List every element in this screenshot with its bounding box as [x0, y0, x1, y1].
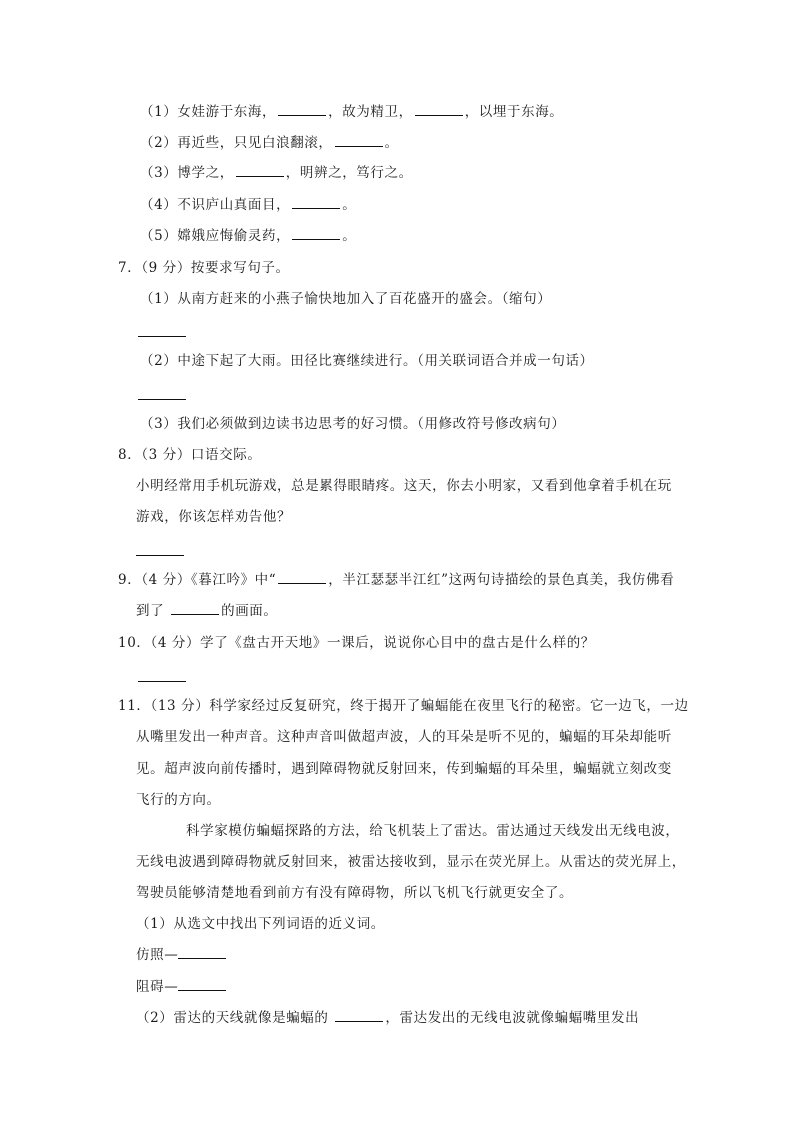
q11-passage-line: 见。超声波向前传播时，遇到障碍物就反射回来，传到蝙蝠的耳朵里，蝙蝠就立刻改变 — [136, 760, 672, 778]
q11-passage-line: 无线电波遇到障碍物就反射回来，被雷达接收到，显示在荧光屏上。从雷达的荧光屏上， — [136, 853, 686, 871]
answer-blank[interactable] — [335, 1009, 383, 1022]
q6-item-4-post: 。 — [342, 197, 356, 213]
q8-answer-line[interactable] — [136, 555, 184, 556]
q11-passage-line: 从嘴里发出一种声音。这种声音叫做超声波，人的耳朵是听不见的，蝙蝠的耳朵却能听 — [136, 728, 672, 746]
q6-item-1: （1）女娃游于东海，，故为精卫，，以埋于东海。 — [140, 103, 563, 121]
answer-blank[interactable] — [335, 134, 383, 147]
q11-passage-line: 科学家模仿蝙蝠探路的方法，给飞机装上了雷达。雷达通过天线发出无线电波， — [186, 822, 680, 840]
synonym-word-1: 仿照— — [136, 947, 178, 963]
q9-text-mid: ，半江瑟瑟半江红”这两句诗描绘的景色真美，我仿佛看 — [328, 572, 674, 588]
q6-item-1-post: ，以埋于东海。 — [465, 104, 564, 120]
q6-item-3-post: ，明辨之，笃行之。 — [286, 165, 413, 181]
q8-prompt-line-2: 游戏，你该怎样劝告他？ — [136, 508, 291, 526]
q9-text-line2-post: 的画面。 — [221, 603, 277, 619]
q9-line-2: 到了 的画面。 — [136, 602, 278, 620]
answer-blank[interactable] — [292, 227, 340, 240]
answer-blank[interactable] — [278, 571, 326, 584]
q10-header: 10．（4 分）学了《盘古开天地》一课后，说说你心目中的盘古是什么样的？ — [118, 634, 595, 652]
q6-item-1-mid: ，故为精卫， — [328, 104, 413, 120]
q9-line-1: 9．（4 分）《暮江吟》中“，半江瑟瑟半江红”这两句诗描绘的景色真美，我仿佛看 — [118, 571, 674, 589]
answer-blank[interactable] — [278, 103, 326, 116]
answer-blank[interactable] — [178, 946, 226, 959]
q6-item-5-post: 。 — [342, 228, 356, 244]
answer-blank[interactable] — [292, 196, 340, 209]
answer-blank[interactable] — [236, 164, 284, 177]
synonym-word-2: 阻碍— — [136, 979, 178, 995]
q7-item-3: （3）我们必须做到边读书边思考的好习惯。（用修改符号修改病句） — [140, 415, 565, 433]
answer-blank[interactable] — [171, 602, 219, 615]
answer-blank[interactable] — [415, 103, 463, 116]
q6-item-5: （5）嫦娥应悔偷灵药，。 — [140, 227, 356, 245]
q7-item-2: （2）中途下起了大雨。田径比赛继续进行。（用关联词语合并成一句话） — [140, 352, 594, 370]
q11-header: 11．（13 分）科学家经过反复研究，终于揭开了蝙蝠能在夜里飞行的秘密。它一边飞… — [118, 697, 689, 715]
q10-answer-line[interactable] — [138, 681, 186, 682]
q7-answer-line-2[interactable] — [138, 399, 186, 400]
q11-passage-line: 飞行的方向。 — [136, 791, 221, 809]
q9-text-pre: 9．（4 分）《暮江吟》中“ — [118, 572, 276, 588]
q11-passage-line: 驾驶员能够清楚地看到前方有没有障碍物，所以飞机飞行就更安全了。 — [136, 884, 573, 902]
q6-item-1-text: （1）女娃游于东海， — [140, 104, 276, 120]
q8-header: 8．（3 分）口语交际。 — [118, 446, 261, 464]
q6-item-4-text: （4）不识庐山真面目， — [140, 197, 290, 213]
q7-header: 7．（9 分）按要求写句子。 — [118, 259, 290, 277]
q6-item-3: （3）博学之，，明辨之，笃行之。 — [140, 164, 413, 182]
answer-blank[interactable] — [178, 978, 226, 991]
q8-prompt-line-1: 小明经常用手机玩游戏，总是累得眼睛疼。这天，你去小明家，又看到他拿着手机在玩 — [136, 477, 672, 495]
q7-item-1: （1）从南方赶来的小燕子愉快地加入了百花盛开的盛会。（缩句） — [140, 290, 551, 308]
q6-item-3-text: （3）博学之， — [140, 165, 234, 181]
q6-item-5-text: （5）嫦娥应悔偷灵药， — [140, 228, 290, 244]
q11-sub-question-1: （1）从选文中找出下列词语的近义词。 — [136, 915, 385, 933]
q9-text-line2-pre: 到了 — [136, 603, 169, 619]
q11-sub2-post: ，雷达发出的无线电波就像蝙蝠嘴里发出 — [385, 1010, 639, 1026]
q7-answer-line-1[interactable] — [138, 336, 186, 337]
q11-synonym-2: 阻碍— — [136, 978, 228, 996]
q6-item-4: （4）不识庐山真面目，。 — [140, 196, 356, 214]
q6-item-2: （2）再近些，只见白浪翻滚，。 — [140, 134, 399, 152]
q11-sub-question-2: （2）雷达的天线就像是蝙蝠的 ，雷达发出的无线电波就像蝙蝠嘴里发出 — [136, 1009, 639, 1027]
q11-sub2-pre: （2）雷达的天线就像是蝙蝠的 — [136, 1010, 333, 1026]
q11-synonym-1: 仿照— — [136, 946, 228, 964]
q6-item-2-text: （2）再近些，只见白浪翻滚， — [140, 135, 333, 151]
q6-item-2-post: 。 — [385, 135, 399, 151]
